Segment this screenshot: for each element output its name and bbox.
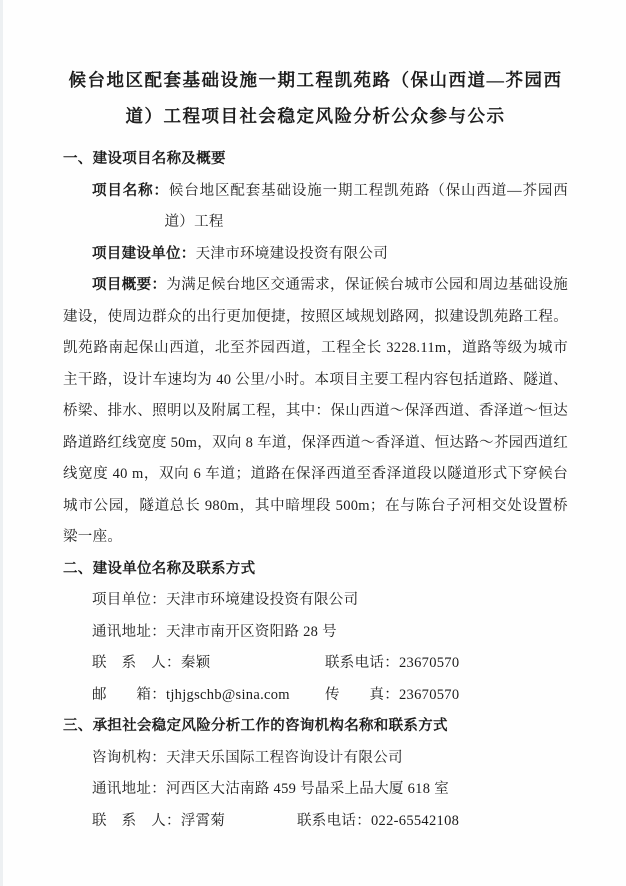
document-title: 候台地区配套基础设施一期工程凯苑路（保山西道—芥园西 道）工程项目社会稳定风险分… <box>63 62 568 134</box>
title-line-1: 候台地区配套基础设施一期工程凯苑路（保山西道—芥园西 <box>63 62 568 98</box>
construction-phone-cell: 联系电话：23670570 <box>325 648 459 680</box>
consultant-address-row: 通讯地址：河西区大沽南路 459 号晶采上品大厦 618 室 <box>63 774 568 806</box>
project-builder-label: 项目建设单位： <box>92 246 196 262</box>
consultant-contact-name: 浮霄菊 <box>181 813 225 829</box>
project-builder-value: 天津市环境建设投资有限公司 <box>196 246 388 262</box>
construction-fax-cell: 传 真：23670570 <box>325 680 459 712</box>
construction-email-cell: 邮 箱：tjhjgschb@sina.com <box>92 680 325 712</box>
consultant-address-label: 通讯地址： <box>92 781 166 797</box>
project-name-label: 项目名称： <box>92 183 169 199</box>
project-summary-label: 项目概要： <box>92 277 166 293</box>
construction-fax-label: 传 真： <box>325 687 399 703</box>
project-summary-text: 为满足候台地区交通需求，保证候台城市公园和周边基础设施建设，使周边群众的出行更加… <box>63 277 568 545</box>
project-name-row: 项目名称：候台地区配套基础设施一期工程凯苑路（保山西道—芥园西道）工程 <box>63 176 568 239</box>
project-name-value: 候台地区配套基础设施一期工程凯苑路（保山西道—芥园西道）工程 <box>165 183 569 231</box>
construction-contact-label: 联 系 人： <box>92 655 181 671</box>
construction-address-row: 通讯地址：天津市南开区资阳路 28 号 <box>63 617 568 649</box>
construction-contact-cell: 联 系 人：秦颖 <box>92 648 325 680</box>
construction-address-value: 天津市南开区资阳路 28 号 <box>166 624 337 640</box>
construction-unit-row: 项目单位：天津市环境建设投资有限公司 <box>63 585 568 617</box>
document-page: 候台地区配套基础设施一期工程凯苑路（保山西道—芥园西 道）工程项目社会稳定风险分… <box>0 0 626 886</box>
construction-email-row: 邮 箱：tjhjgschb@sina.com 传 真：23670570 <box>63 680 568 712</box>
section-1-heading: 一、建设项目名称及概要 <box>63 144 568 176</box>
construction-contact-name: 秦颖 <box>181 655 211 671</box>
construction-fax-number: 23670570 <box>399 687 459 703</box>
project-summary-paragraph: 项目概要：为满足候台地区交通需求，保证候台城市公园和周边基础设施建设，使周边群众… <box>63 270 568 554</box>
consultant-phone-number: 022-65542108 <box>371 813 459 829</box>
title-line-2: 道）工程项目社会稳定风险分析公众参与公示 <box>63 98 568 134</box>
construction-unit-label: 项目单位： <box>92 592 166 608</box>
construction-address-label: 通讯地址： <box>92 624 166 640</box>
construction-unit-value: 天津市环境建设投资有限公司 <box>166 592 358 608</box>
consultant-contact-cell: 联 系 人：浮霄菊 <box>92 806 297 838</box>
construction-phone-label: 联系电话： <box>325 655 399 671</box>
construction-email-label: 邮 箱： <box>92 687 166 703</box>
construction-phone-number: 23670570 <box>399 655 459 671</box>
section-2-heading: 二、建设单位名称及联系方式 <box>63 554 568 586</box>
consultant-phone-label: 联系电话： <box>297 813 371 829</box>
section-3-heading: 三、承担社会稳定风险分析工作的咨询机构名称和联系方式 <box>63 711 568 743</box>
consultant-address-value: 河西区大沽南路 459 号晶采上品大厦 618 室 <box>166 781 449 797</box>
consultant-contact-row: 联 系 人：浮霄菊 联系电话：022-65542108 <box>63 806 568 838</box>
project-builder-row: 项目建设单位：天津市环境建设投资有限公司 <box>63 239 568 271</box>
consultant-contact-label: 联 系 人： <box>92 813 181 829</box>
consultant-org-label: 咨询机构： <box>92 750 166 766</box>
consultant-org-value: 天津天乐国际工程咨询设计有限公司 <box>166 750 403 766</box>
construction-email-address: tjhjgschb@sina.com <box>166 687 290 703</box>
consultant-phone-cell: 联系电话：022-65542108 <box>297 806 459 838</box>
consultant-org-row: 咨询机构：天津天乐国际工程咨询设计有限公司 <box>63 743 568 775</box>
construction-contact-row: 联 系 人：秦颖 联系电话：23670570 <box>63 648 568 680</box>
